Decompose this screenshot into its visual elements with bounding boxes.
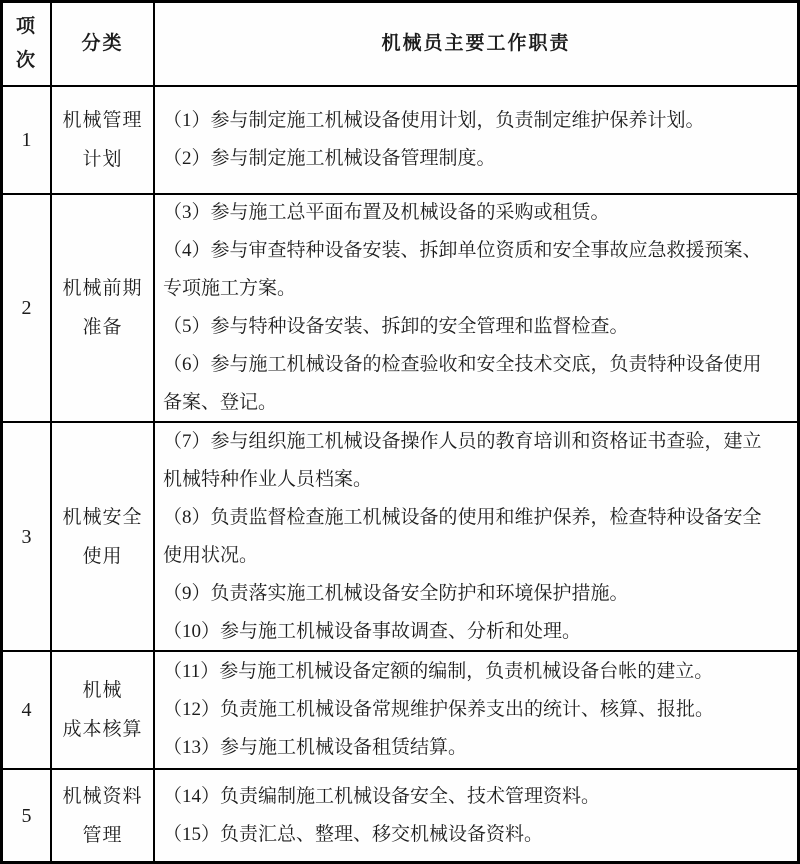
header-duties: 机械员主要工作职责 xyxy=(155,3,797,87)
category-line: 成本核算 xyxy=(62,710,142,749)
duty-item: （7）参与组织施工机械设备操作人员的教育培训和资格证书查验，建立机械特种作业人员… xyxy=(163,423,771,499)
duties-cell: （11）参与施工机械设备定额的编制，负责机械设备台帐的建立。 （12）负责施工机… xyxy=(155,652,797,770)
header-duties-label: 机械员主要工作职责 xyxy=(381,27,570,61)
category-line: 机械管理 xyxy=(62,101,142,140)
header-item-no-line1: 项 xyxy=(16,10,37,44)
row-number-cell: 4 xyxy=(3,652,52,770)
header-category-label: 分类 xyxy=(81,27,123,61)
duty-item: （8）负责监督检查施工机械设备的使用和维护保养，检查特种设备安全使用状况。 xyxy=(163,499,771,575)
row-number-cell: 5 xyxy=(3,770,52,861)
category-line: 机械资料 xyxy=(62,777,142,816)
duty-item: （11）参与施工机械设备定额的编制，负责机械设备台帐的建立。 xyxy=(163,653,771,691)
duty-item: （10）参与施工机械设备事故调查、分析和处理。 xyxy=(163,613,771,651)
duty-item: （12）负责施工机械设备常规维护保养支出的统计、核算、报批。 xyxy=(163,691,771,729)
duties-cell: （14）负责编制施工机械设备安全、技术管理资料。 （15）负责汇总、整理、移交机… xyxy=(155,770,797,861)
row-number: 4 xyxy=(22,698,32,722)
category-cell: 机械前期 准备 xyxy=(52,195,155,423)
row-number-cell: 1 xyxy=(3,87,52,195)
duties-cell: （3）参与施工总平面布置及机械设备的采购或租赁。 （4）参与审查特种设备安装、拆… xyxy=(155,195,797,423)
category-line: 计划 xyxy=(82,140,122,179)
row-number-cell: 3 xyxy=(3,423,52,652)
row-number: 2 xyxy=(22,296,32,320)
row-number: 5 xyxy=(22,804,32,828)
duty-item: （9）负责落实施工机械设备安全防护和环境保护措施。 xyxy=(163,575,771,613)
category-line: 机械前期 xyxy=(62,269,142,308)
header-item-no-line2: 次 xyxy=(16,44,37,78)
category-line: 管理 xyxy=(82,816,122,855)
category-line: 使用 xyxy=(82,537,122,576)
document-page: 项 次 分类 机械员主要工作职责 1 机械管理 计划 （1）参与制定施工机械设备… xyxy=(0,0,800,864)
duty-item: （2）参与制定施工机械设备管理制度。 xyxy=(163,140,771,178)
category-cell: 机械资料 管理 xyxy=(52,770,155,861)
duty-item: （13）参与施工机械设备租赁结算。 xyxy=(163,729,771,767)
row-number: 3 xyxy=(22,525,32,549)
category-cell: 机械 成本核算 xyxy=(52,652,155,770)
category-line: 机械 xyxy=(82,671,122,710)
duty-item: （5）参与特种设备安装、拆卸的安全管理和监督检查。 xyxy=(163,308,771,346)
duties-cell: （7）参与组织施工机械设备操作人员的教育培训和资格证书查验，建立机械特种作业人员… xyxy=(155,423,797,652)
category-line: 准备 xyxy=(82,308,122,347)
category-cell: 机械安全 使用 xyxy=(52,423,155,652)
duty-table: 项 次 分类 机械员主要工作职责 1 机械管理 计划 （1）参与制定施工机械设备… xyxy=(0,0,800,864)
duty-item: （4）参与审查特种设备安装、拆卸单位资质和安全事故应急救援预案、专项施工方案。 xyxy=(163,232,771,308)
duty-item: （1）参与制定施工机械设备使用计划，负责制定维护保养计划。 xyxy=(163,102,771,140)
header-category: 分类 xyxy=(52,3,155,87)
duty-item: （14）负责编制施工机械设备安全、技术管理资料。 xyxy=(163,778,771,816)
duty-item: （3）参与施工总平面布置及机械设备的采购或租赁。 xyxy=(163,195,771,232)
row-number-cell: 2 xyxy=(3,195,52,423)
header-item-no: 项 次 xyxy=(3,3,52,87)
row-number: 1 xyxy=(22,128,32,152)
category-cell: 机械管理 计划 xyxy=(52,87,155,195)
category-line: 机械安全 xyxy=(62,498,142,537)
duty-item: （15）负责汇总、整理、移交机械设备资料。 xyxy=(163,816,771,854)
duties-cell: （1）参与制定施工机械设备使用计划，负责制定维护保养计划。 （2）参与制定施工机… xyxy=(155,87,797,195)
duty-item: （6）参与施工机械设备的检查验收和安全技术交底，负责特种设备使用备案、登记。 xyxy=(163,346,771,422)
